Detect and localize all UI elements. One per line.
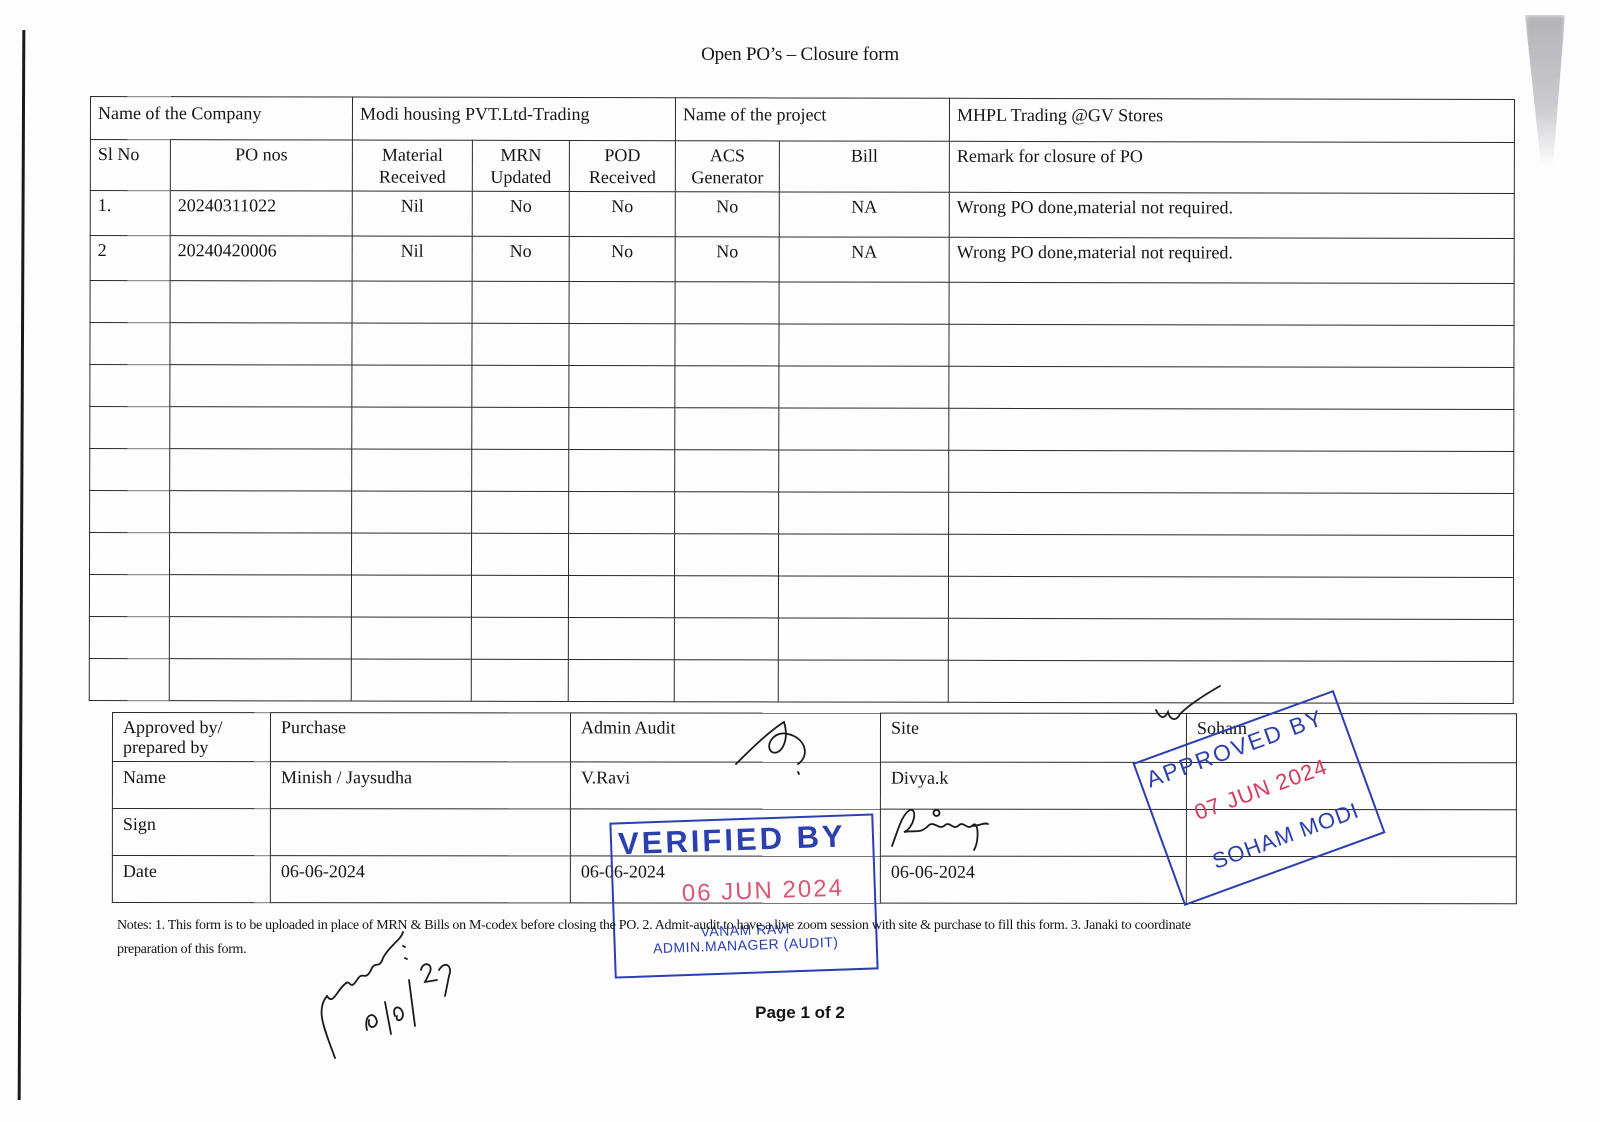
empty-cell <box>779 408 949 450</box>
empty-table-row <box>90 365 1514 410</box>
empty-cell <box>90 281 170 323</box>
empty-cell <box>675 282 779 324</box>
empty-cell <box>569 492 675 534</box>
company-value: Modi housing PVT.Ltd-Trading <box>352 97 675 141</box>
cell-pod-received: No <box>569 192 675 237</box>
empty-table-row <box>89 575 1513 620</box>
scan-shadow <box>1525 15 1565 165</box>
empty-cell <box>779 534 949 576</box>
empty-cell <box>569 408 675 450</box>
empty-cell <box>90 491 170 533</box>
empty-cell <box>90 323 170 365</box>
empty-table-row <box>90 449 1514 494</box>
company-project-row: Name of the Company Modi housing PVT.Ltd… <box>90 97 1514 143</box>
empty-cell <box>568 618 674 660</box>
empty-cell <box>675 492 779 534</box>
empty-cell <box>674 576 778 618</box>
empty-cell <box>170 407 352 449</box>
col-mrn-updated: MRNUpdated <box>472 140 569 191</box>
empty-cell <box>170 449 352 491</box>
cell-mrn-updated: No <box>472 236 569 281</box>
empty-cell <box>90 449 170 491</box>
cell-sl-no: 2 <box>90 236 170 281</box>
admin-audit-signature <box>728 712 828 782</box>
empty-cell <box>89 616 169 658</box>
purchase-sign <box>270 809 570 856</box>
sign-label: Sign <box>112 809 270 856</box>
col-pod-received: PODReceived <box>569 141 675 192</box>
empty-cell <box>568 576 674 618</box>
empty-table-row <box>90 407 1514 452</box>
empty-cell <box>949 534 1514 577</box>
po-closure-table: Name of the Company Modi housing PVT.Ltd… <box>89 96 1515 704</box>
empty-cell <box>89 533 169 575</box>
empty-cell <box>169 575 351 617</box>
table-body: 1.20240311022NilNoNoNoNAWrong PO done,ma… <box>89 191 1514 704</box>
empty-cell <box>568 660 674 702</box>
project-label: Name of the project <box>675 98 949 142</box>
verified-stamp-date: 06 JUN 2024 <box>681 875 844 909</box>
empty-cell <box>779 282 949 324</box>
empty-cell <box>569 282 675 324</box>
empty-cell <box>351 575 471 617</box>
empty-cell <box>569 450 675 492</box>
col-remark: Remark for closure of PO <box>949 141 1514 193</box>
empty-cell <box>675 408 779 450</box>
role-site: Site <box>880 713 1186 762</box>
empty-cell <box>90 407 170 449</box>
project-value: MHPL Trading @GV Stores <box>949 98 1514 142</box>
empty-cell <box>949 324 1514 367</box>
col-material-received: MaterialReceived <box>352 140 472 191</box>
empty-cell <box>675 450 779 492</box>
empty-cell <box>778 660 948 702</box>
col-sl-no: Sl No <box>90 140 170 191</box>
table-row: 1.20240311022NilNoNoNoNAWrong PO done,ma… <box>90 191 1514 239</box>
empty-cell <box>569 324 675 366</box>
empty-cell <box>472 407 569 449</box>
empty-cell <box>471 575 568 617</box>
empty-cell <box>674 618 778 660</box>
empty-cell <box>949 366 1514 409</box>
notes-line-2: preparation of this form. <box>117 938 1477 962</box>
company-label: Name of the Company <box>90 97 352 141</box>
empty-table-row <box>89 616 1513 661</box>
empty-cell <box>472 449 569 491</box>
name-label: Name <box>112 762 270 809</box>
empty-cell <box>948 618 1513 661</box>
cell-acs-generator: No <box>675 192 779 237</box>
final-approver-tick-signature <box>1150 684 1230 734</box>
empty-cell <box>352 365 472 407</box>
empty-table-row <box>90 323 1514 368</box>
date-label: Date <box>112 856 270 903</box>
empty-cell <box>675 324 779 366</box>
empty-cell <box>170 491 352 533</box>
empty-cell <box>352 449 472 491</box>
empty-cell <box>949 492 1514 535</box>
notes: Notes: 1. This form is to be uploaded in… <box>117 914 1477 962</box>
cell-sl-no: 1. <box>90 191 170 236</box>
empty-cell <box>169 617 351 659</box>
empty-cell <box>472 281 569 323</box>
site-signature <box>888 800 1008 856</box>
empty-cell <box>170 323 352 365</box>
scan-page-edge <box>18 30 26 1100</box>
empty-cell <box>674 660 778 702</box>
empty-cell <box>569 366 675 408</box>
empty-cell <box>89 575 169 617</box>
empty-cell <box>778 618 948 660</box>
cell-acs-generator: No <box>675 237 779 282</box>
empty-cell <box>949 282 1514 325</box>
po-closure-table-container: Name of the Company Modi housing PVT.Ltd… <box>89 96 1514 704</box>
role-purchase: Purchase <box>270 713 570 762</box>
empty-cell <box>948 576 1513 619</box>
empty-cell <box>779 492 949 534</box>
col-po-nos: PO nos <box>170 140 352 191</box>
cell-material-received: Nil <box>352 191 472 236</box>
approved-by-label: Approved by/prepared by <box>112 713 270 762</box>
empty-cell <box>949 450 1514 493</box>
empty-cell <box>471 659 568 701</box>
empty-cell <box>471 617 568 659</box>
page-number: Page 1 of 2 <box>700 1003 900 1023</box>
empty-cell <box>472 323 569 365</box>
table-row: 220240420006NilNoNoNoNAWrong PO done,mat… <box>90 236 1514 284</box>
purchase-name: Minish / Jaysudha <box>270 762 570 809</box>
empty-cell <box>352 407 472 449</box>
cell-po-no: 20240420006 <box>170 236 352 281</box>
empty-table-row <box>90 281 1514 326</box>
empty-cell <box>169 533 351 575</box>
empty-table-row <box>89 533 1513 578</box>
col-bill: Bill <box>779 141 949 192</box>
empty-table-row <box>90 491 1514 536</box>
empty-cell <box>351 617 471 659</box>
empty-cell <box>352 323 472 365</box>
cell-remark: Wrong PO done,material not required. <box>949 192 1514 238</box>
empty-cell <box>89 658 169 700</box>
empty-cell <box>351 659 471 701</box>
empty-cell <box>779 450 949 492</box>
cell-bill: NA <box>779 192 949 237</box>
empty-cell <box>472 491 569 533</box>
column-header-row: Sl No PO nos MaterialReceived MRNUpdated… <box>90 140 1514 194</box>
empty-cell <box>949 408 1514 451</box>
empty-cell <box>472 365 569 407</box>
empty-cell <box>352 281 472 323</box>
empty-cell <box>352 491 472 533</box>
empty-cell <box>351 533 471 575</box>
site-date: 06-06-2024 <box>880 856 1186 903</box>
empty-cell <box>471 533 568 575</box>
role-admin-audit: Admin Audit <box>570 713 880 762</box>
purchase-date: 06-06-2024 <box>270 856 570 903</box>
cell-pod-received: No <box>569 237 675 282</box>
empty-cell <box>778 576 948 618</box>
notes-line-1: Notes: 1. This form is to be uploaded in… <box>117 914 1477 938</box>
col-acs-generator: ACSGenerator <box>675 141 779 192</box>
empty-cell <box>170 365 352 407</box>
empty-cell <box>779 366 949 408</box>
cell-material-received: Nil <box>352 236 472 281</box>
empty-cell <box>948 660 1513 703</box>
admin-audit-name: V.Ravi <box>570 762 880 809</box>
empty-cell <box>675 366 779 408</box>
cell-remark: Wrong PO done,material not required. <box>949 237 1514 283</box>
empty-cell <box>675 534 779 576</box>
cell-mrn-updated: No <box>472 191 569 236</box>
empty-cell <box>169 659 351 701</box>
empty-cell <box>90 365 170 407</box>
empty-cell <box>170 281 352 323</box>
document-title: Open PO’s – Closure form <box>0 44 1600 66</box>
empty-cell <box>568 534 674 576</box>
empty-table-row <box>89 658 1513 703</box>
cell-po-no: 20240311022 <box>170 191 352 236</box>
empty-cell <box>779 324 949 366</box>
cell-bill: NA <box>779 237 949 282</box>
